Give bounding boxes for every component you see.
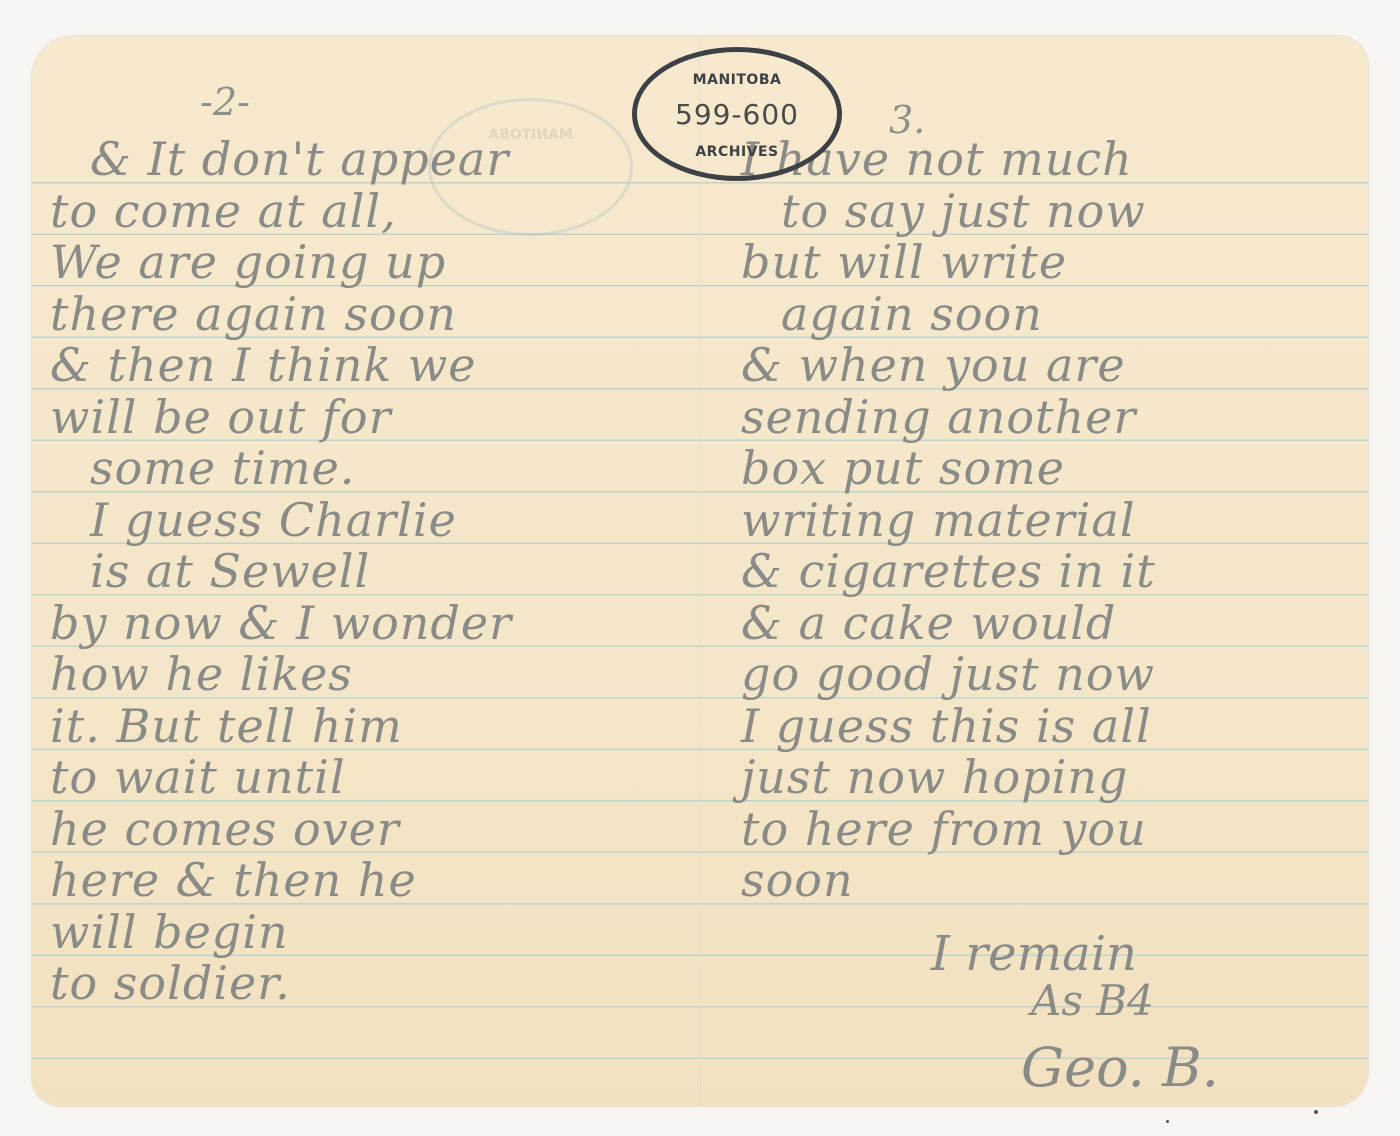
signature: Geo. B. [1021,1036,1219,1099]
handwritten-text-left: & It don't appear to come at all, We are… [50,134,512,1010]
archive-stamp: MANITOBA 599-600 ARCHIVES [632,47,842,181]
text-line: & when you are [741,340,1156,392]
closing-line: I remain [931,926,1137,982]
text-line: to come at all, [50,186,512,238]
text-line: to soldier. [50,958,512,1010]
dust-speck [1166,1120,1169,1123]
notebook-paper: MANITOBA -2- & It don't appear to come a… [32,36,1368,1106]
text-line: just now hoping [741,752,1156,804]
text-line: We are going up [50,237,512,289]
text-line: is at Sewell [50,546,512,598]
text-line: here & then he [50,855,512,907]
stamp-top-text: MANITOBA [637,72,837,88]
handwritten-text-right: I have not much to say just now but will… [741,134,1156,907]
text-line: by now & I wonder [50,598,512,650]
text-line: but will write [741,237,1156,289]
text-line: to say just now [741,186,1156,238]
text-line: box put some [741,443,1156,495]
stamp-number: 599-600 [637,98,837,131]
text-line: sending another [741,392,1156,444]
text-line: I guess Charlie [50,495,512,547]
text-line: he comes over [50,804,512,856]
text-line: writing material [741,495,1156,547]
text-line: & then I think we [50,340,512,392]
right-page: 3. I have not much to say just now but w… [701,36,1368,1106]
text-line: & It don't appear [50,134,512,186]
text-line: again soon [741,289,1156,341]
closing-line-2: As B4 [1031,976,1154,1025]
text-line: it. But tell him [50,701,512,753]
dust-speck [1314,1110,1318,1114]
text-line: will begin [50,907,512,959]
stamp-bottom-text: ARCHIVES [637,144,837,160]
text-line: & cigarettes in it [741,546,1156,598]
text-line: some time. [50,443,512,495]
page-number-left: -2- [200,80,250,124]
left-page: -2- & It don't appear to come at all, We… [32,36,698,1106]
text-line: to here from you [741,804,1156,856]
text-line: how he likes [50,649,512,701]
text-line: I guess this is all [741,701,1156,753]
text-line: go good just now [741,649,1156,701]
text-line: will be out for [50,392,512,444]
text-line: to wait until [50,752,512,804]
text-line: soon [741,855,1156,907]
text-line: & a cake would [741,598,1156,650]
text-line: there again soon [50,289,512,341]
